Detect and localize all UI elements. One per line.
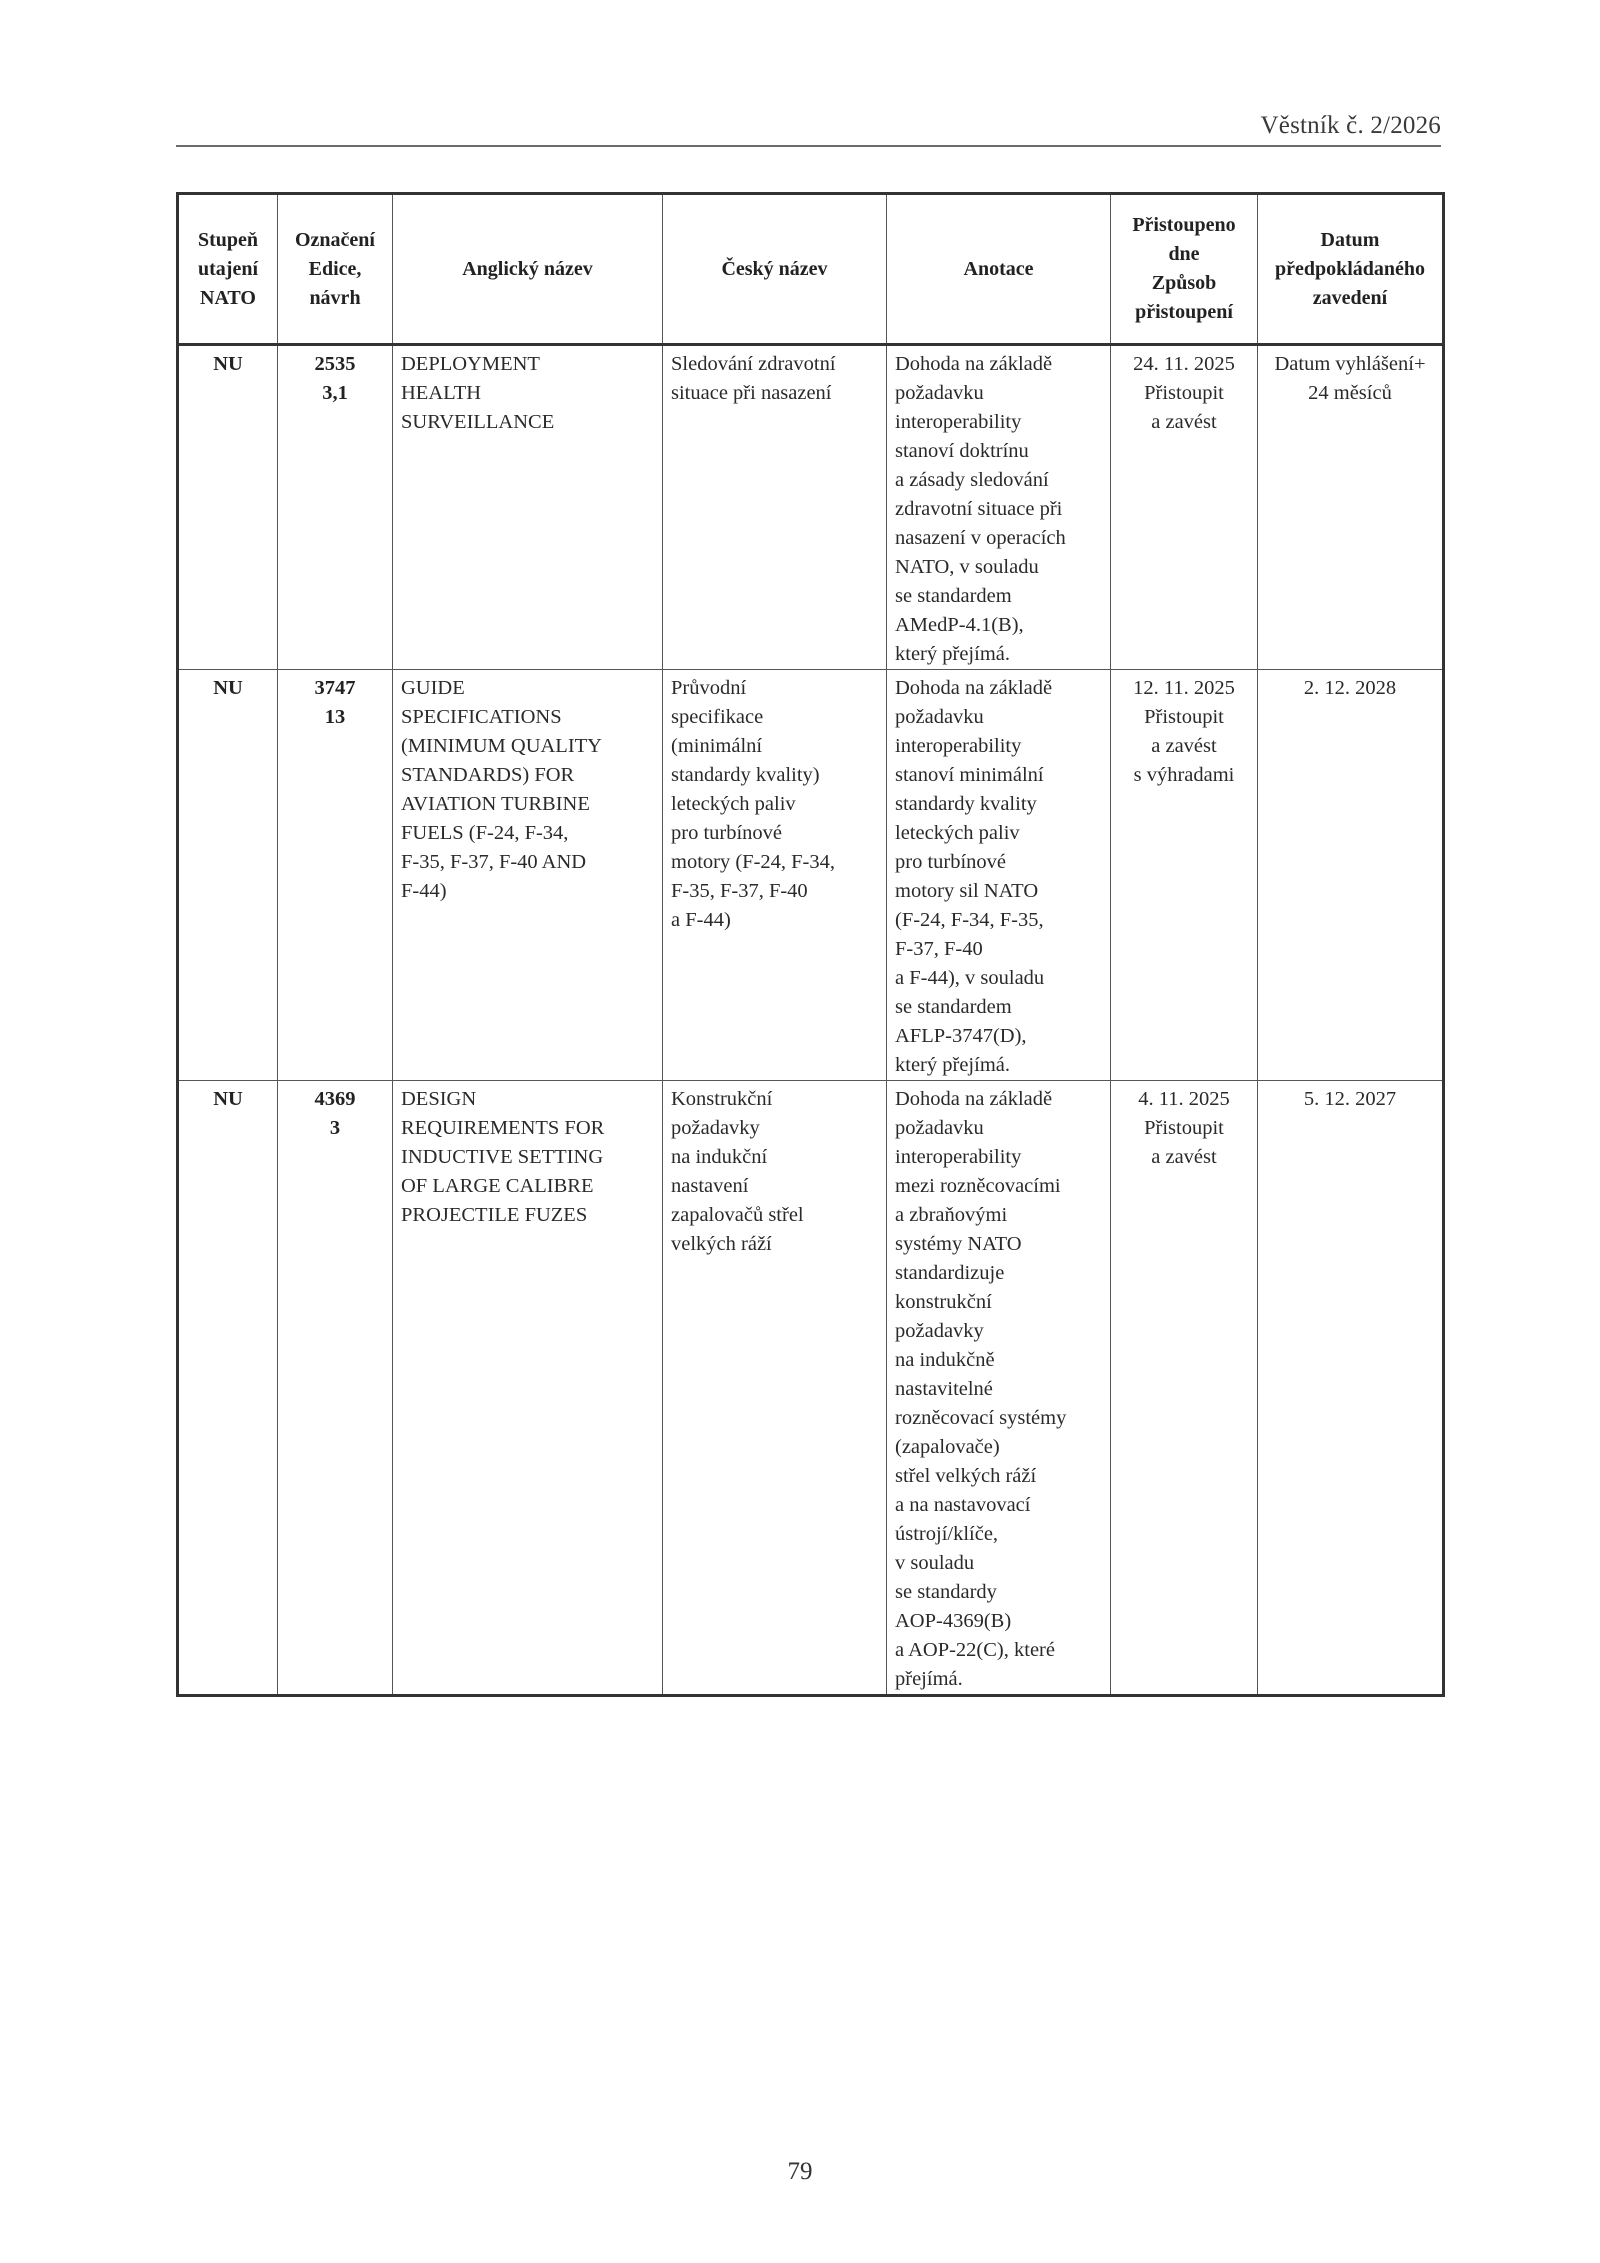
cell-line: interoperability xyxy=(895,1143,1102,1172)
cell-line: a zásady sledování xyxy=(895,466,1102,495)
cell-line: FUELS (F-24, F-34, xyxy=(401,819,654,848)
cell-line: Přistoupit xyxy=(1119,379,1249,408)
cell-designation: 25353,1 xyxy=(278,345,393,670)
cell-line: F-35, F-37, F-40 xyxy=(671,877,878,906)
cell-annotation: Dohoda na základěpožadavkuinteroperabili… xyxy=(887,670,1111,1081)
cell-line: požadavku xyxy=(895,703,1102,732)
column-header-intro-date: Datumpředpokládanéhozavedení xyxy=(1258,194,1444,345)
header-line: Způsob xyxy=(1113,269,1255,298)
cell-czech-title: Konstrukčnípožadavkyna indukčnínastavení… xyxy=(663,1081,887,1696)
cell-line: 24 měsíců xyxy=(1266,379,1434,408)
cell-line: Přistoupit xyxy=(1119,703,1249,732)
cell-accession: 24. 11. 2025Přistoupita zavést xyxy=(1111,345,1258,670)
table-header-row: StupeňutajeníNATOOznačeníEdice,návrhAngl… xyxy=(178,194,1444,345)
cell-line: Konstrukční xyxy=(671,1085,878,1114)
cell-english-title: DEPLOYMENTHEALTHSURVEILLANCE xyxy=(393,345,663,670)
cell-line: a AOP-22(C), které xyxy=(895,1636,1102,1665)
column-header-annotation: Anotace xyxy=(887,194,1111,345)
header-line: NATO xyxy=(181,284,275,313)
header-line: Datum xyxy=(1260,226,1440,255)
cell-line: AVIATION TURBINE xyxy=(401,790,654,819)
cell-line: 3747 xyxy=(286,674,384,703)
cell-line: 2. 12. 2028 xyxy=(1266,674,1434,703)
cell-level: NU xyxy=(178,345,278,670)
cell-line: Sledování zdravotní xyxy=(671,350,878,379)
cell-line: se standardem xyxy=(895,993,1102,1022)
cell-line: systémy NATO xyxy=(895,1230,1102,1259)
cell-line: požadavky xyxy=(895,1317,1102,1346)
cell-line: GUIDE xyxy=(401,674,654,703)
cell-line: se standardem xyxy=(895,582,1102,611)
cell-line: interoperability xyxy=(895,732,1102,761)
cell-line: pro turbínové xyxy=(895,848,1102,877)
cell-line: zapalovačů střel xyxy=(671,1201,878,1230)
cell-czech-title: Sledování zdravotnísituace při nasazení xyxy=(663,345,887,670)
cell-level: NU xyxy=(178,1081,278,1696)
cell-line: F-37, F-40 xyxy=(895,935,1102,964)
cell-line: mezi rozněcovacími xyxy=(895,1172,1102,1201)
cell-line: (zapalovače) xyxy=(895,1433,1102,1462)
column-header-english-title: Anglický název xyxy=(393,194,663,345)
cell-line: v souladu xyxy=(895,1549,1102,1578)
cell-line: střel velkých ráží xyxy=(895,1462,1102,1491)
cell-line: motory (F-24, F-34, xyxy=(671,848,878,877)
cell-line: na indukční xyxy=(671,1143,878,1172)
cell-line: Průvodní xyxy=(671,674,878,703)
cell-line: 5. 12. 2027 xyxy=(1266,1085,1434,1114)
header-line: utajení xyxy=(181,255,275,284)
cell-line: 4. 11. 2025 xyxy=(1119,1085,1249,1114)
cell-line: standardy kvality) xyxy=(671,761,878,790)
cell-line: a zavést xyxy=(1119,732,1249,761)
cell-line: NATO, v souladu xyxy=(895,553,1102,582)
cell-line: motory sil NATO xyxy=(895,877,1102,906)
cell-line: 12. 11. 2025 xyxy=(1119,674,1249,703)
cell-line: který přejímá. xyxy=(895,1051,1102,1080)
cell-line: nasazení v operacích xyxy=(895,524,1102,553)
cell-line: NU xyxy=(187,1085,269,1114)
header-line: předpokládaného xyxy=(1260,255,1440,284)
cell-line: AMedP-4.1(B), xyxy=(895,611,1102,640)
cell-line: nastavitelné xyxy=(895,1375,1102,1404)
header-rule xyxy=(176,145,1441,147)
header-line: dne xyxy=(1113,240,1255,269)
cell-line: specifikace xyxy=(671,703,878,732)
cell-line: stanoví minimální xyxy=(895,761,1102,790)
cell-line: konstrukční xyxy=(895,1288,1102,1317)
running-head-title: Věstník č. 2/2026 xyxy=(176,112,1441,140)
cell-line: a na nastavovací xyxy=(895,1491,1102,1520)
cell-english-title: GUIDESPECIFICATIONS(MINIMUM QUALITYSTAND… xyxy=(393,670,663,1081)
cell-line: a zavést xyxy=(1119,1143,1249,1172)
cell-line: s výhradami xyxy=(1119,761,1249,790)
cell-line: a F-44) xyxy=(671,906,878,935)
cell-level: NU xyxy=(178,670,278,1081)
cell-line: 3 xyxy=(286,1114,384,1143)
cell-accession: 4. 11. 2025Přistoupita zavést xyxy=(1111,1081,1258,1696)
cell-line: přejímá. xyxy=(895,1665,1102,1694)
cell-line: Dohoda na základě xyxy=(895,350,1102,379)
table-row: NU374713GUIDESPECIFICATIONS(MINIMUM QUAL… xyxy=(178,670,1444,1081)
cell-line: požadavku xyxy=(895,379,1102,408)
cell-czech-title: Průvodníspecifikace(minimálnístandardy k… xyxy=(663,670,887,1081)
cell-line: AOP-4369(B) xyxy=(895,1607,1102,1636)
cell-line: NU xyxy=(187,350,269,379)
cell-line: stanoví doktrínu xyxy=(895,437,1102,466)
cell-designation: 374713 xyxy=(278,670,393,1081)
cell-line: F-44) xyxy=(401,877,654,906)
cell-line: 3,1 xyxy=(286,379,384,408)
page-number: 79 xyxy=(0,2158,1600,2186)
header-line: návrh xyxy=(280,284,390,313)
cell-line: zdravotní situace při xyxy=(895,495,1102,524)
column-header-accession: PřistoupenodneZpůsobpřistoupení xyxy=(1111,194,1258,345)
cell-accession: 12. 11. 2025Přistoupita zavésts výhradam… xyxy=(1111,670,1258,1081)
header-line: zavedení xyxy=(1260,284,1440,313)
cell-line: STANDARDS) FOR xyxy=(401,761,654,790)
cell-line: Dohoda na základě xyxy=(895,674,1102,703)
column-header-czech-title: Český název xyxy=(663,194,887,345)
header-line: přistoupení xyxy=(1113,298,1255,327)
cell-line: 2535 xyxy=(286,350,384,379)
cell-line: velkých ráží xyxy=(671,1230,878,1259)
column-header-level: StupeňutajeníNATO xyxy=(178,194,278,345)
cell-intro-date: 2. 12. 2028 xyxy=(1258,670,1444,1081)
cell-line: standardizuje xyxy=(895,1259,1102,1288)
cell-line: pro turbínové xyxy=(671,819,878,848)
cell-line: Přistoupit xyxy=(1119,1114,1249,1143)
cell-line: INDUCTIVE SETTING xyxy=(401,1143,654,1172)
header-line: Anotace xyxy=(889,255,1108,284)
cell-line: ústrojí/klíče, xyxy=(895,1520,1102,1549)
cell-annotation: Dohoda na základěpožadavkuinteroperabili… xyxy=(887,1081,1111,1696)
cell-line: (minimální xyxy=(671,732,878,761)
cell-line: a F-44), v souladu xyxy=(895,964,1102,993)
cell-line: (MINIMUM QUALITY xyxy=(401,732,654,761)
cell-line: na indukčně xyxy=(895,1346,1102,1375)
cell-line: SPECIFICATIONS xyxy=(401,703,654,732)
cell-line: který přejímá. xyxy=(895,640,1102,669)
column-header-designation: OznačeníEdice,návrh xyxy=(278,194,393,345)
cell-line: situace při nasazení xyxy=(671,379,878,408)
cell-line: rozněcovací systémy xyxy=(895,1404,1102,1433)
cell-line: 4369 xyxy=(286,1085,384,1114)
table-row: NU43693DESIGNREQUIREMENTS FORINDUCTIVE S… xyxy=(178,1081,1444,1696)
cell-line: standardy kvality xyxy=(895,790,1102,819)
cell-line: HEALTH xyxy=(401,379,654,408)
cell-english-title: DESIGNREQUIREMENTS FORINDUCTIVE SETTINGO… xyxy=(393,1081,663,1696)
table-body: NU25353,1DEPLOYMENTHEALTHSURVEILLANCESle… xyxy=(178,345,1444,1696)
cell-annotation: Dohoda na základěpožadavkuinteroperabili… xyxy=(887,345,1111,670)
header-line: Stupeň xyxy=(181,226,275,255)
cell-line: DESIGN xyxy=(401,1085,654,1114)
stanag-table: StupeňutajeníNATOOznačeníEdice,návrhAngl… xyxy=(176,192,1445,1697)
cell-line: požadavku xyxy=(895,1114,1102,1143)
header-line: Český název xyxy=(665,255,884,284)
cell-line: interoperability xyxy=(895,408,1102,437)
cell-line: REQUIREMENTS FOR xyxy=(401,1114,654,1143)
cell-line: 13 xyxy=(286,703,384,732)
cell-line: Datum vyhlášení+ xyxy=(1266,350,1434,379)
header-line: Edice, xyxy=(280,255,390,284)
cell-line: F-35, F-37, F-40 AND xyxy=(401,848,654,877)
cell-line: požadavky xyxy=(671,1114,878,1143)
header-line: Přistoupeno xyxy=(1113,211,1255,240)
header-line: Označení xyxy=(280,226,390,255)
cell-line: Dohoda na základě xyxy=(895,1085,1102,1114)
cell-line: leteckých paliv xyxy=(895,819,1102,848)
cell-line: NU xyxy=(187,674,269,703)
cell-line: 24. 11. 2025 xyxy=(1119,350,1249,379)
table-row: NU25353,1DEPLOYMENTHEALTHSURVEILLANCESle… xyxy=(178,345,1444,670)
cell-line: AFLP-3747(D), xyxy=(895,1022,1102,1051)
cell-intro-date: 5. 12. 2027 xyxy=(1258,1081,1444,1696)
cell-line: OF LARGE CALIBRE xyxy=(401,1172,654,1201)
cell-line: leteckých paliv xyxy=(671,790,878,819)
cell-line: (F-24, F-34, F-35, xyxy=(895,906,1102,935)
cell-line: DEPLOYMENT xyxy=(401,350,654,379)
cell-line: SURVEILLANCE xyxy=(401,408,654,437)
cell-designation: 43693 xyxy=(278,1081,393,1696)
cell-intro-date: Datum vyhlášení+24 měsíců xyxy=(1258,345,1444,670)
cell-line: a zavést xyxy=(1119,408,1249,437)
cell-line: PROJECTILE FUZES xyxy=(401,1201,654,1230)
cell-line: se standardy xyxy=(895,1578,1102,1607)
cell-line: nastavení xyxy=(671,1172,878,1201)
cell-line: a zbraňovými xyxy=(895,1201,1102,1230)
header-line: Anglický název xyxy=(395,255,660,284)
